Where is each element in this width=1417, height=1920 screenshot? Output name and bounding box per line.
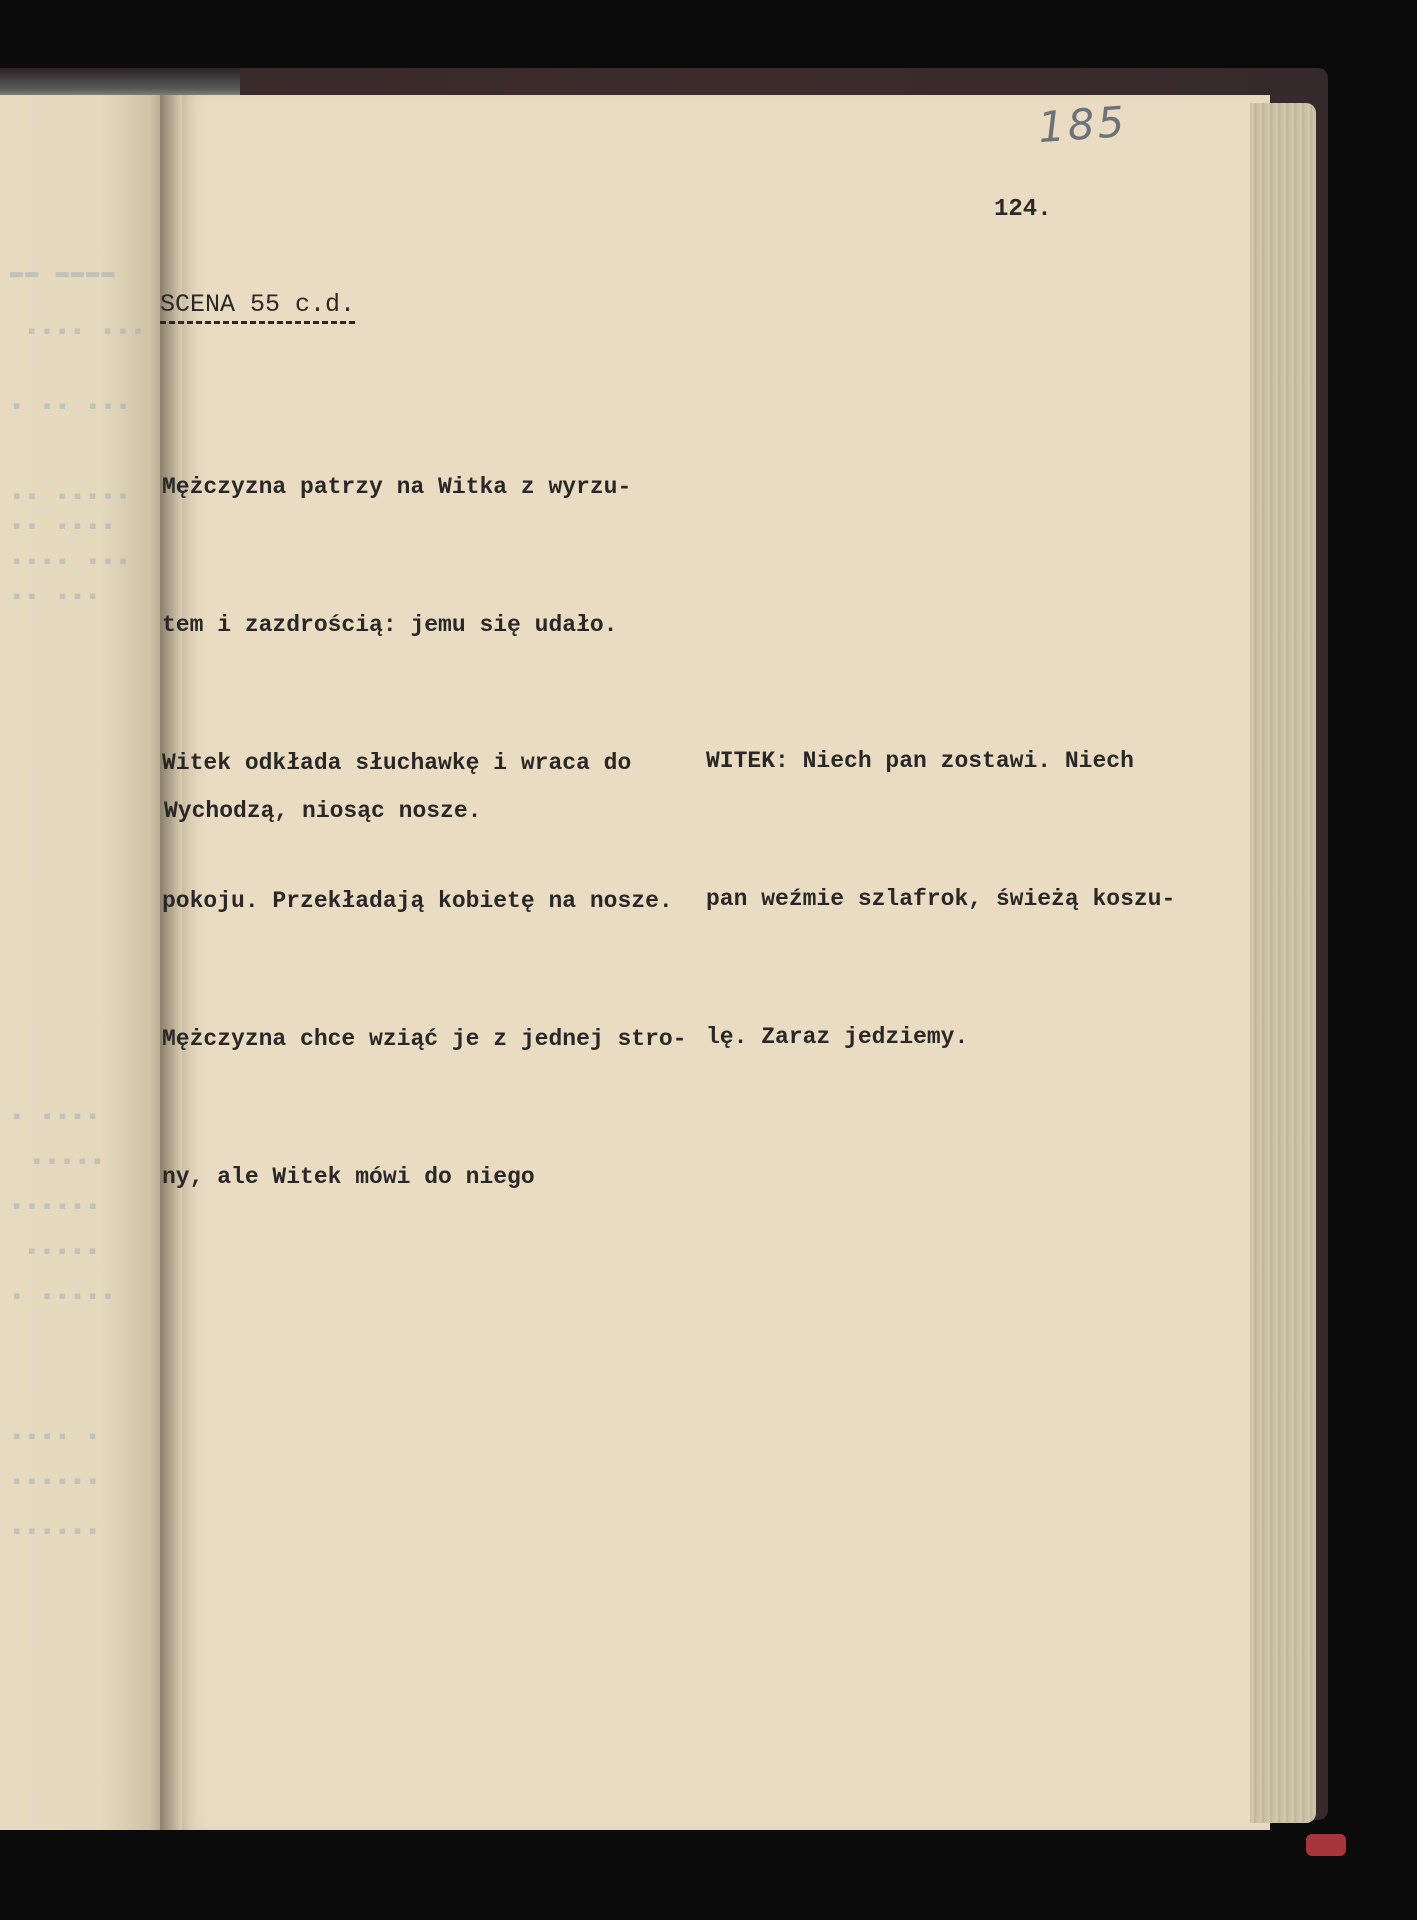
bleed-through-text: ▪ ▪▪▪▪▪	[10, 1285, 116, 1310]
bleed-through-text: ▪▪ ▪▪▪▪▪	[10, 485, 132, 510]
bleed-through-text: ▬▬ ▬▬▬▬	[10, 260, 116, 285]
cover-corner-tab	[1306, 1834, 1346, 1856]
dialogue-line: lę. Zaraz jedziemy.	[706, 1014, 1175, 1060]
stage-direction-line: pokoju. Przekładają kobietę na nosze.	[162, 878, 687, 924]
bleed-through-text: ▪▪▪▪▪	[25, 1240, 101, 1265]
cover-top-edge	[0, 68, 240, 98]
bleed-through-text: ▪▪▪▪▪▪	[10, 1470, 101, 1495]
bleed-through-text: ▪▪ ▪▪▪▪	[10, 515, 116, 540]
stage-direction-line: Mężczyzna patrzy na Witka z wyrzu-	[162, 464, 687, 510]
page-number: 124.	[994, 196, 1052, 223]
page-block-edges	[1250, 103, 1316, 1823]
bleed-through-text: ▪▪▪▪▪▪	[10, 1195, 101, 1220]
bleed-through-text: ▪▪▪▪▪	[30, 1150, 106, 1175]
bleed-through-text: ▪▪▪▪ ▪▪▪	[25, 320, 147, 345]
stage-direction-line: ny, ale Witek mówi do niego	[162, 1154, 687, 1200]
bleed-through-text: ▪▪▪▪ ▪	[10, 1425, 101, 1450]
dialogue-block: WITEK: Niech pan zostawi. Niech pan weźm…	[706, 646, 1175, 1106]
bleed-through-text: ▪▪▪▪ ▪▪▪	[10, 550, 132, 575]
facing-page-left: ▬▬ ▬▬▬▬ ▪▪▪▪ ▪▪▪ ▪ ▪▪ ▪▪▪ ▪▪ ▪▪▪▪▪ ▪▪ ▪▪…	[0, 95, 170, 1830]
dialogue-line: WITEK: Niech pan zostawi. Niech	[706, 738, 1175, 784]
stage-direction-line: tem i zazdrością: jemu się udało.	[162, 602, 687, 648]
dialogue-line: pan weźmie szlafrok, świeżą koszu-	[706, 876, 1175, 922]
bleed-through-text: ▪▪ ▪▪▪	[10, 585, 101, 610]
bleed-through-text: ▪ ▪▪▪▪	[10, 1105, 101, 1130]
stage-direction-line: Witek odkłada słuchawkę i wraca do	[162, 740, 687, 786]
bleed-through-text: ▪▪▪▪▪▪	[10, 1520, 101, 1545]
stage-direction-line: Mężczyzna chce wziąć je z jednej stro-	[162, 1016, 687, 1062]
bleed-through-text: ▪ ▪▪ ▪▪▪	[10, 395, 132, 420]
scene-heading: SCENA 55 c.d.	[160, 290, 355, 324]
closing-stage-direction: Wychodzą, niosąc nosze.	[164, 788, 481, 834]
handwritten-folio-number: 185	[1036, 97, 1128, 152]
